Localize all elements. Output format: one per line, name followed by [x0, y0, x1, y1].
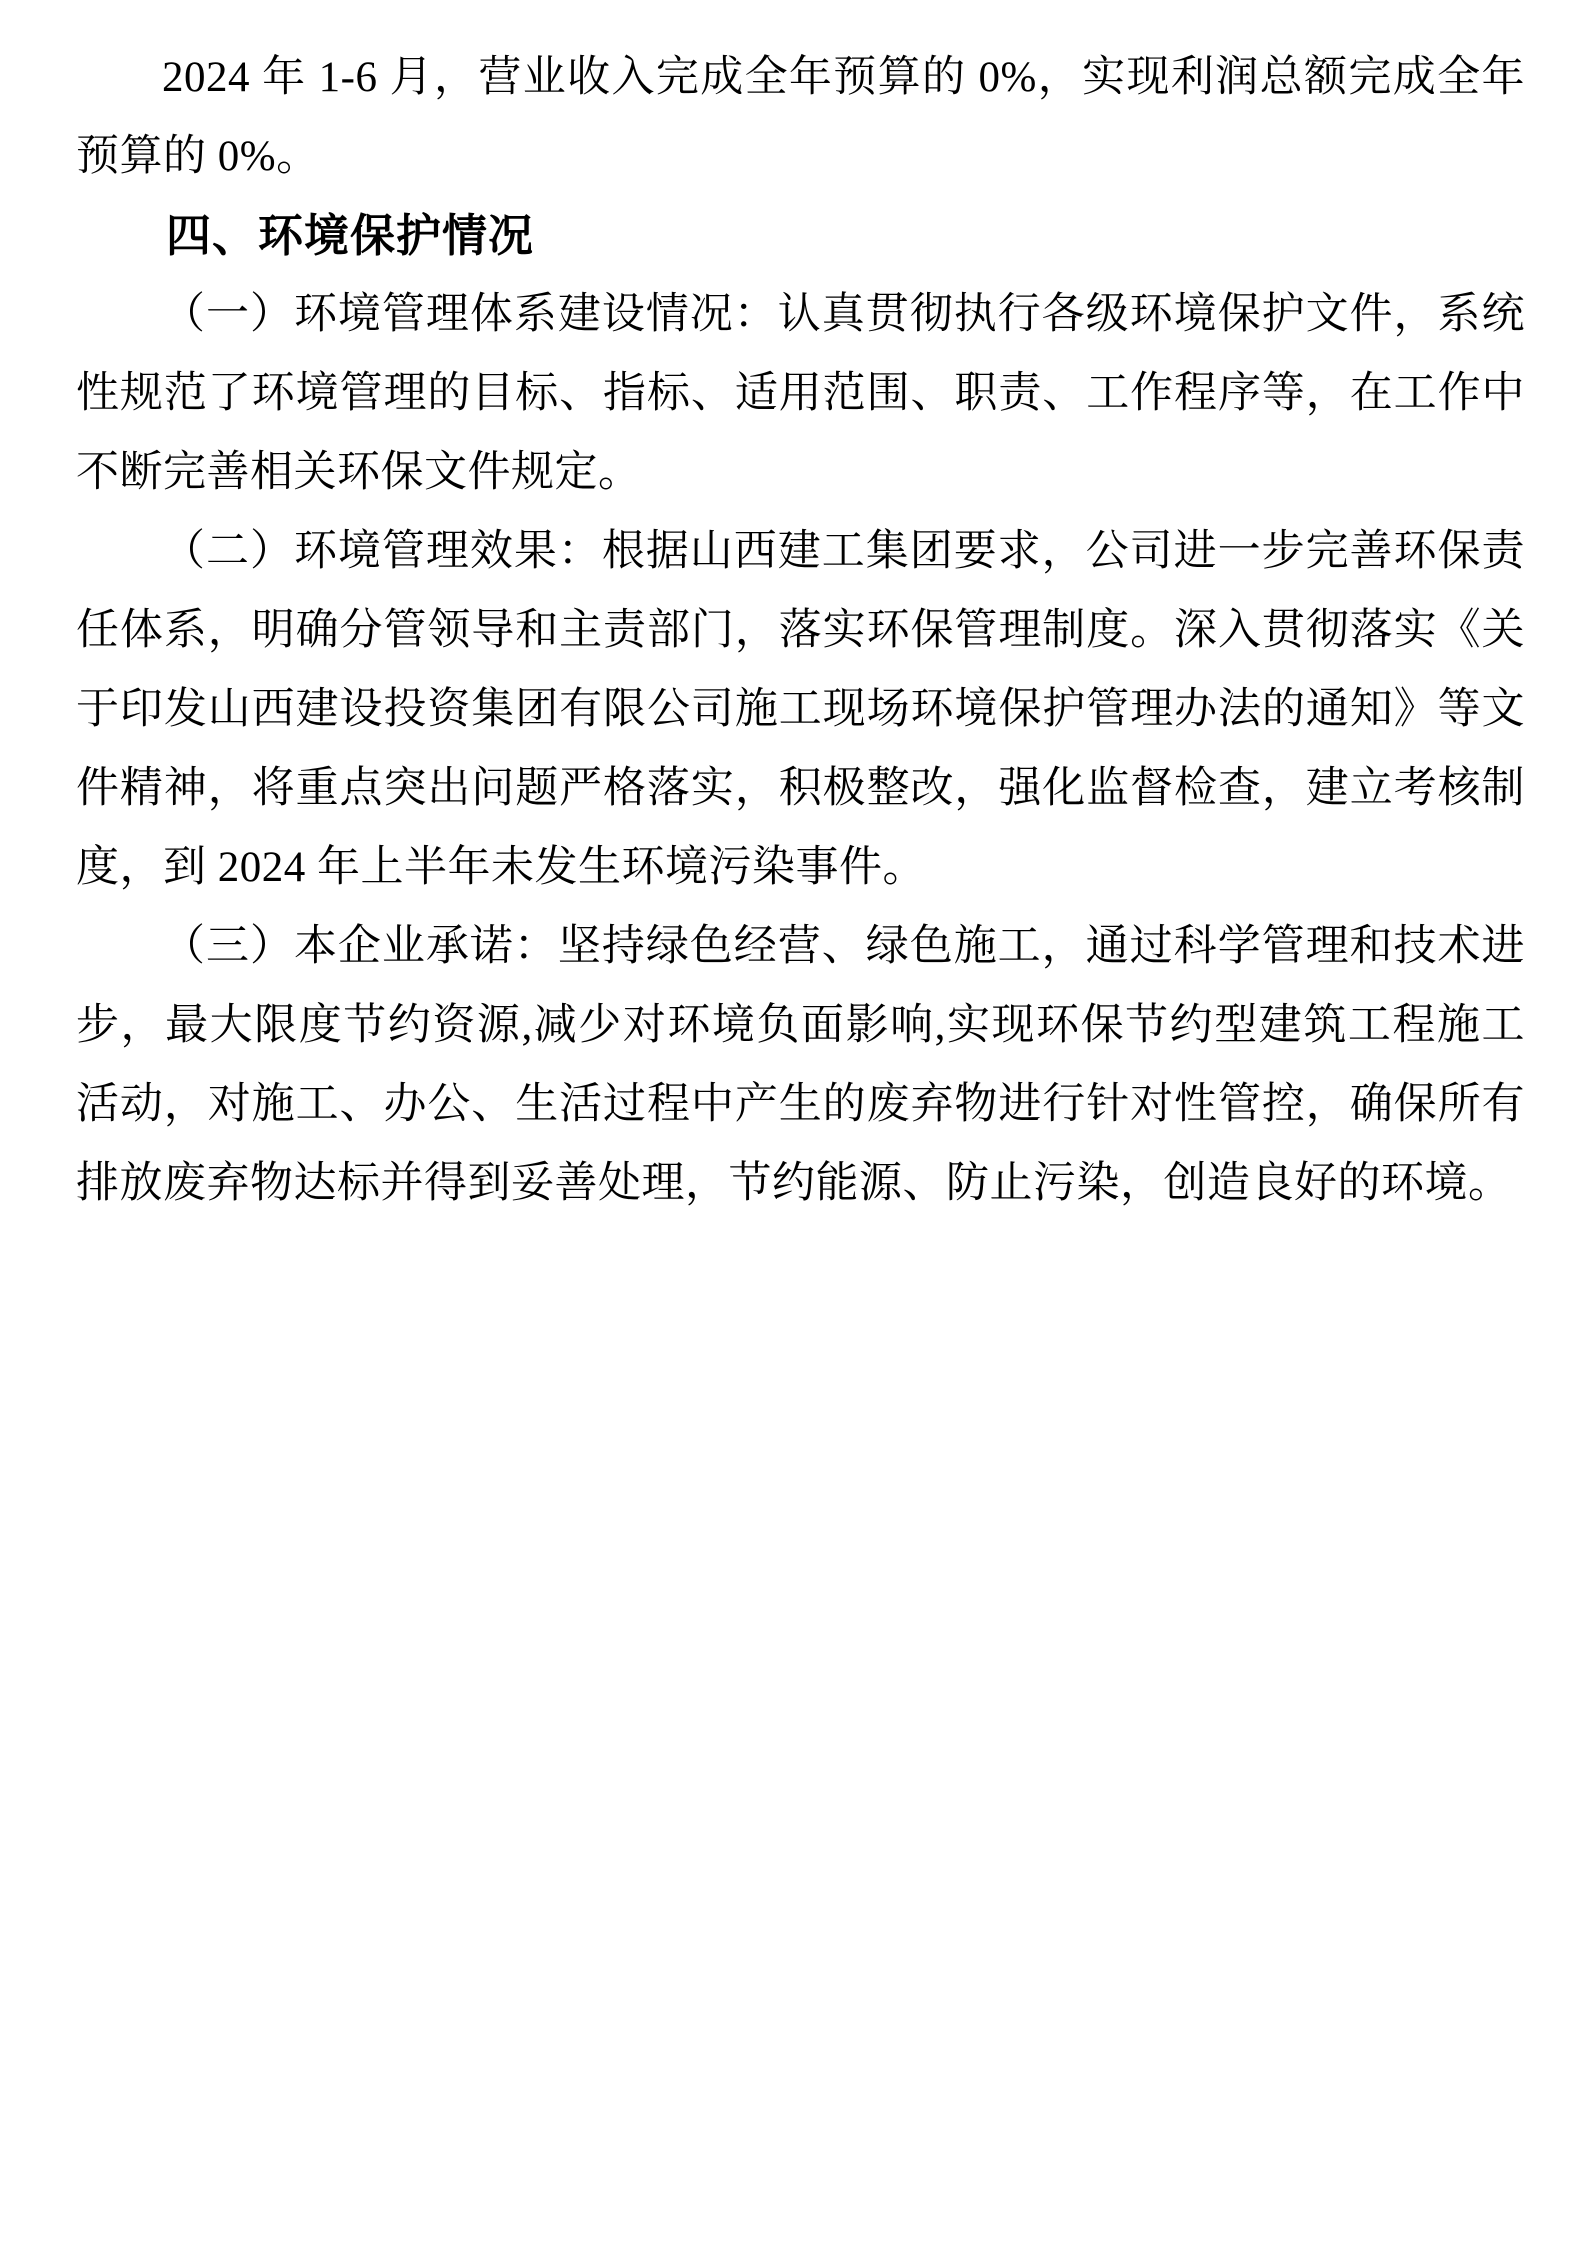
paragraph-enterprise-commitment: （三）本企业承诺：坚持绿色经营、绿色施工，通过科学管理和技术进步，最大限度节约资…	[76, 907, 1525, 1223]
paragraph-env-management-effect: （二）环境管理效果：根据山西建工集团要求，公司进一步完善环保责任体系，明确分管领…	[76, 512, 1525, 907]
section-heading-environment-protection: 四、环境保护情况	[76, 196, 1525, 275]
paragraph-env-management-system: （一）环境管理体系建设情况：认真贯彻执行各级环境保护文件，系统性规范了环境管理的…	[76, 275, 1525, 512]
document-page: 2024 年 1-6 月，营业收入完成全年预算的 0%，实现利润总额完成全年预算…	[0, 0, 1587, 2245]
paragraph-budget-completion: 2024 年 1-6 月，营业收入完成全年预算的 0%，实现利润总额完成全年预算…	[76, 38, 1525, 196]
